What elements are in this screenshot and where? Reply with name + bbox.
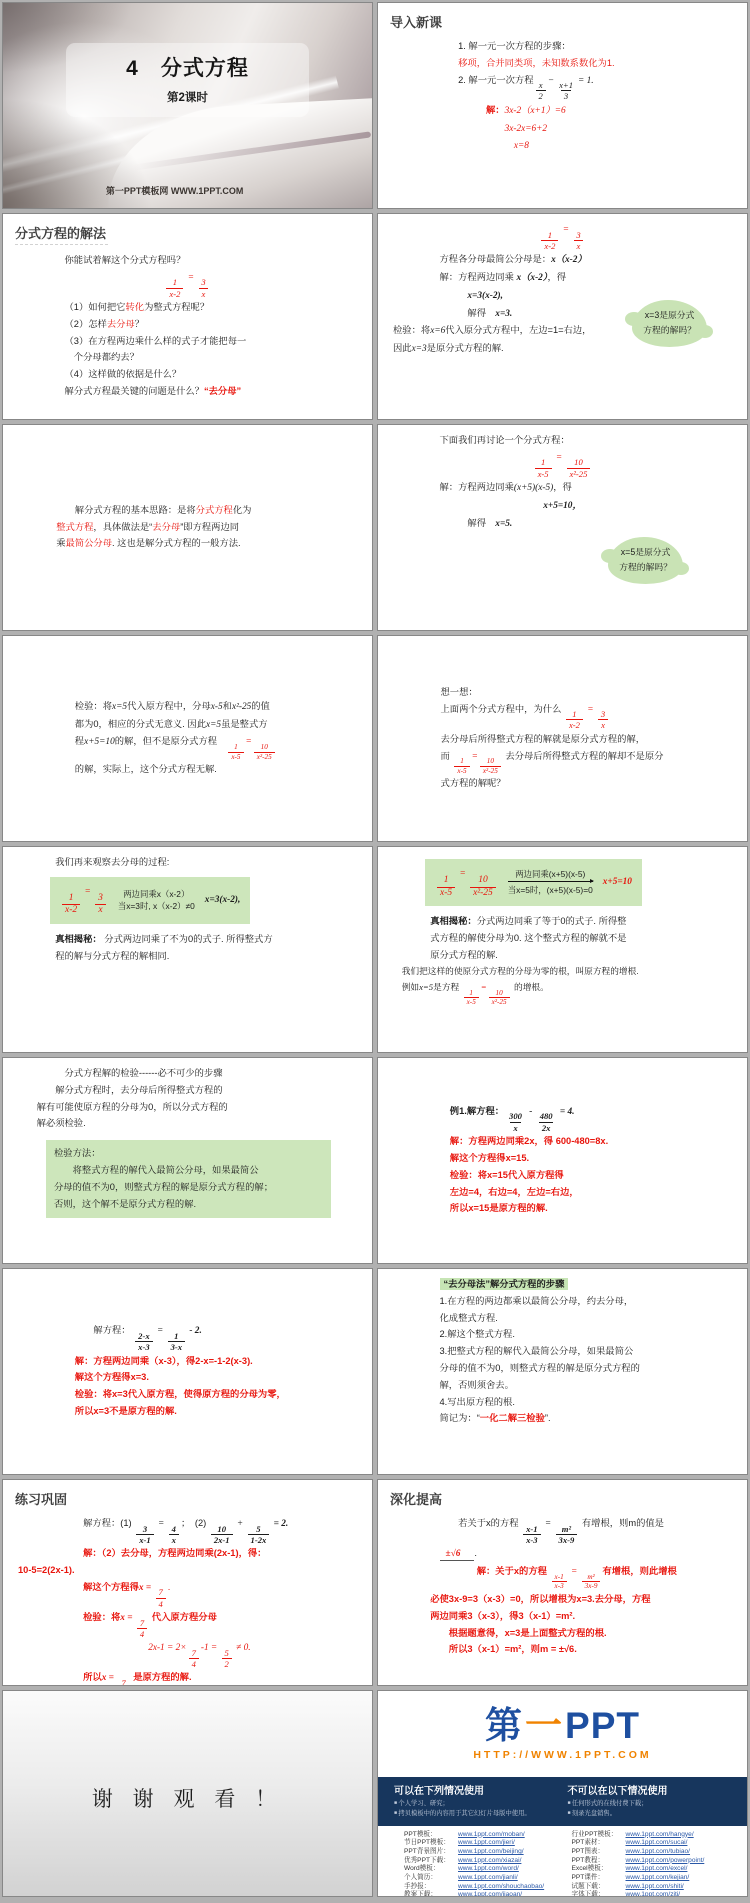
text-line: 解这个方程得x = 74. <box>18 1580 357 1609</box>
text-segment: 乘 <box>56 538 65 548</box>
text-line: 1. 解一元一次方程的步骤： <box>393 39 732 55</box>
link-label: PPT素材： <box>572 1839 626 1848</box>
cover-footer: 第一PPT模板网 WWW.1PPT.COM <box>3 184 346 197</box>
text-segment: 化为 <box>233 505 252 515</box>
text-segment: （2）怎样 <box>65 319 107 329</box>
math-fraction: 1x-5 <box>454 757 469 775</box>
text-line: 解分式方程的基本思路：是将分式方程化为 <box>19 503 356 519</box>
text-segment: x+5=10 <box>603 877 632 887</box>
text-line: 简记为：“一化二解三检验”. <box>393 1411 732 1427</box>
deck-subtitle: 第2课时 <box>66 89 310 105</box>
slide-8-think: 想一想：上面两个分式方程中，为什么 1x-2 = 3x去分母后所得整式方程的解就… <box>377 635 748 842</box>
slide-10-observe-multiply-2: 1x-5 = 10x²-25两边同乘(x+5)(x-5)当x=5时，(x+5)(… <box>377 846 748 1053</box>
text-segment: 解必须检验. <box>37 1118 86 1128</box>
promo-link[interactable]: www.1ppt.com/hangye/ <box>626 1831 694 1838</box>
math-fraction: m²3x-9 <box>556 1524 578 1546</box>
text-segment: = 4. <box>558 1107 575 1117</box>
text-line: 将整式方程的解代入最简公分母，如果最简公 <box>54 1163 323 1179</box>
text-line: 1x-5 = 10x²-25 <box>393 450 732 479</box>
text-segment: 的解，但不是原分式方程 <box>115 736 227 746</box>
text-line: 若关于x的方程 x-1x-3 = m²3x-9 有增根，则m的值是 <box>393 1516 732 1545</box>
text-segment: = <box>246 737 252 747</box>
text-segment: “去分母法”解分式方程的步骤 <box>440 1278 569 1290</box>
text-block: 下面我们再讨论一个分式方程：1x-5 = 10x²-25解：方程两边同乘(x+5… <box>393 433 732 532</box>
text-line: 检验：将x=15代入原方程得 <box>394 1168 731 1184</box>
text-segment: 解有可能使原方程的分母为0，所以分式方程的 <box>37 1102 228 1112</box>
text-segment: = <box>585 705 596 715</box>
text-line: 你能试着解这个分式方程吗？ <box>18 253 357 269</box>
text-segment: 所以x=3不是原方程的解. <box>75 1406 177 1416</box>
text-line: 所以x = 74 是原方程的解. <box>18 1670 357 1686</box>
text-segment: x（x-2） <box>551 255 587 265</box>
text-segment: - 2. <box>187 1326 202 1336</box>
text-segment: 上面两个分式方程中，为什么 <box>441 704 564 714</box>
promo-link[interactable]: www.1ppt.com/powerpoint/ <box>626 1857 705 1864</box>
link-label: 教案下载： <box>404 1891 458 1897</box>
text-segment: 例如 <box>402 982 419 992</box>
promo-link-row: PPT素材：www.1ppt.com/sucai/ <box>572 1839 740 1848</box>
text-line: “去分母法”解分式方程的步骤 <box>393 1277 732 1293</box>
slide-1-cover: 4 分式方程 第2课时 第一PPT模板网 WWW.1PPT.COM <box>2 2 373 209</box>
link-label: 行业PPT模板： <box>572 1831 626 1840</box>
promo-link[interactable]: www.1ppt.com/shiti/ <box>626 1883 684 1890</box>
text-segment: 所以 <box>83 1672 102 1682</box>
math-fraction: 3x <box>573 230 583 252</box>
text-segment: ； (2) <box>181 1518 209 1528</box>
text-line: （2）怎样去分母？ <box>18 317 357 333</box>
text-line: 解：（2）去分母，方程两边同乘(2x-1)，得： <box>18 1546 357 1562</box>
promo-link[interactable]: www.1ppt.com/jiaoan/ <box>458 1891 522 1897</box>
result-equation: x+5=10 <box>603 874 632 891</box>
text-segment: 解得 <box>467 308 495 318</box>
slide-title: 深化提高 <box>378 1480 747 1508</box>
text-line: 解方程： 2-xx-3 = 13-x - 2. <box>19 1323 356 1352</box>
text-line: 左边=4，右边=4，左边=右边， <box>394 1185 731 1201</box>
slide-11-check-step: 分式方程解的检验------必不可少的步骤 解分式方程时，去分母后所得整式方程的… <box>2 1057 373 1264</box>
text-segment: 分式两边同乘了不为0的式子. 所得整式方 <box>102 934 273 944</box>
math-fraction: 3x-1 <box>136 1524 153 1546</box>
text-segment: 解：方程两边同乘 <box>440 272 517 282</box>
math-fraction: 1x-5 <box>464 989 479 1007</box>
text-line: 解必须检验. <box>18 1116 357 1132</box>
condition-label: 当x=5时，(x+5)(x-5)=0 <box>508 884 593 897</box>
text-segment: 式方程的解呢？ <box>441 778 506 788</box>
link-label: Excel模板： <box>572 1865 626 1874</box>
math-fraction: 74 <box>118 1678 128 1686</box>
text-segment: （1）如何把它 <box>65 302 126 312</box>
text-line: 程的解与分式方程的解相同. <box>18 949 357 965</box>
text-line: 移项，合并同类项，未知数系数化为1. <box>393 56 732 72</box>
text-segment: x=5 <box>112 702 127 712</box>
math-fraction: 1x-5 <box>437 875 455 899</box>
math-fraction: 74 <box>137 1618 147 1640</box>
text-segment: 化成整式方程. <box>440 1313 498 1323</box>
link-label: PPT教程： <box>572 1857 626 1866</box>
slide-4-example-solve: x=3是原分式方程的解吗？1x-2 = 3x方程各分母最简公分母是：x（x-2）… <box>377 213 748 420</box>
link-label: PPT课件： <box>572 1874 626 1883</box>
text-line: 解：3x-2（x+1）=6 <box>393 103 732 120</box>
text-block: “去分母法”解分式方程的步骤1.在方程的两边都乘以最简公分母，约去分母，化成整式… <box>393 1277 732 1427</box>
text-segment: 虽是整式方 <box>221 719 268 729</box>
text-line: 想一想： <box>394 685 731 701</box>
text-line: 解，否则须舍去。 <box>393 1378 732 1394</box>
text-segment: 所以3（x-1）=m²，则m = ±√6. <box>449 1644 577 1654</box>
promo-links: PPT模板：www.1ppt.com/moban/节日PPT模板：www.1pp… <box>378 1826 747 1898</box>
link-label: PPT图表： <box>572 1848 626 1857</box>
cloud-text-line: 方程的解吗？ <box>619 560 672 575</box>
text-line: x+5=10， <box>393 498 732 515</box>
text-segment: 整式方程 <box>56 522 93 532</box>
text-segment: 解：（2）去分母，方程两边同乘(2x-1)，得： <box>83 1548 266 1558</box>
text-line: 方程各分母最简公分母是：x（x-2） <box>393 252 732 269</box>
text-segment: 解：方程两边同乘2x，得 600-480=8x. <box>450 1136 608 1146</box>
promo-link[interactable]: www.1ppt.com/beijing/ <box>458 1848 524 1855</box>
text-line: 而 1x-5=10x²-25 去分母后所得整式方程的解却不是原分 <box>394 749 731 776</box>
promo-site-url[interactable]: HTTP://WWW.1PPT.COM <box>473 1749 651 1761</box>
text-segment: = <box>554 453 565 463</box>
promo-link[interactable]: www.1ppt.com/shouchaobao/ <box>458 1883 544 1890</box>
slide-content: 分式方程解的检验------必不可少的步骤 解分式方程时，去分母后所得整式方程的… <box>3 1058 372 1224</box>
text-line: 例1.解方程：300x - 4802x = 4. <box>394 1104 731 1133</box>
text-segment: x²-25 <box>232 702 251 712</box>
text-segment: − <box>548 76 554 86</box>
text-segment: 简记为：“ <box>440 1413 480 1423</box>
slide-7-check-no-solution: 检验：将x=5代入原方程中，分母x-5和x²-25的值都为0，相应的分式无意义.… <box>2 635 373 842</box>
usage-item: 刻录光盘销售。 <box>568 1809 732 1819</box>
text-segment: 的增根。 <box>512 982 549 992</box>
text-segment: 一化二解三检验 <box>480 1413 545 1423</box>
text-segment: 程 <box>75 736 84 746</box>
text-segment: x = <box>102 1673 117 1683</box>
promo-logo-area: 第一PPT HTTP://WWW.1PPT.COM <box>378 1691 747 1777</box>
text-line: 检验：将x=5代入原方程中，分母x-5和x²-25的值 <box>19 699 356 716</box>
text-line: 例如x=5是方程 1x-5=10x²-25 的增根。 <box>393 980 732 1007</box>
text-segment: 分式方程 <box>196 505 233 515</box>
text-segment: x=8 <box>514 141 529 151</box>
text-segment: x = <box>120 1613 135 1623</box>
text-segment: = 2. <box>271 1519 288 1529</box>
text-line: 2. 解一元一次方程x2−x+13= 1. <box>393 73 732 102</box>
text-line: 解：方程两边同乘(x+5)(x-5)，得 <box>393 480 732 497</box>
text-segment: 原分式方程的解. <box>430 950 498 960</box>
math-fraction: 1x-2 <box>566 709 583 731</box>
text-segment: 我们把这样的使原分式方程的分母为零的根，叫原方程的增根. <box>402 966 639 976</box>
text-segment: 你能试着解这个分式方程吗？ <box>65 255 186 265</box>
thanks-text: 谢 谢 观 看 ！ <box>3 1783 372 1813</box>
slide-content: 解分式方程的基本思路：是将分式方程化为整式方程，具体做法是“去分母”即方程两边同… <box>3 425 372 630</box>
source-equation: 1x-2 = 3x <box>60 884 108 917</box>
text-segment: = <box>543 1519 554 1529</box>
text-segment: 想一想： <box>441 687 478 697</box>
text-segment: 检验：将 <box>393 325 430 335</box>
math-fraction: 3x <box>95 893 106 917</box>
first-ppt-logo: 第一PPT <box>485 1707 640 1744</box>
promo-link[interactable]: www.1ppt.com/word/ <box>458 1865 519 1872</box>
slides-grid: 4 分式方程 第2课时 第一PPT模板网 WWW.1PPT.COM 导入新课1.… <box>0 0 750 1899</box>
text-segment: 2.解这个整式方程. <box>440 1329 515 1339</box>
link-label: PPT背景图片： <box>404 1848 458 1857</box>
slide-content: 检验：将x=5代入原方程中，分母x-5和x²-25的值都为0，相应的分式无意义.… <box>3 636 372 841</box>
text-line: （1）如何把它转化为整式方程呢？ <box>18 300 357 316</box>
text-segment: 方程各分母最简公分母是： <box>440 254 552 264</box>
text-segment: x=3 <box>412 344 427 354</box>
text-segment: （3）在方程两边乘什么样的式子才能把每一 <box>65 336 247 346</box>
promo-link-row: PPT模板：www.1ppt.com/moban/ <box>404 1831 572 1840</box>
text-segment: 解得 <box>467 518 495 528</box>
text-line: 去分母后所得整式方程的解就是原分式方程的解， <box>394 732 731 748</box>
transform-diagram: 1x-5 = 10x²-25两边同乘(x+5)(x-5)当x=5时，(x+5)(… <box>425 859 642 906</box>
text-line: 解这个方程得x=3. <box>19 1370 356 1386</box>
math-fraction: 10x²-25 <box>489 989 510 1007</box>
text-line: 10-5=2(2x-1). <box>18 1563 357 1579</box>
promo-link[interactable]: www.1ppt.com/xiazai/ <box>458 1857 521 1864</box>
text-segment: x=3(x-2), <box>467 291 503 301</box>
text-segment: 转化 <box>125 302 144 312</box>
promo-link[interactable]: www.1ppt.com/ziti/ <box>626 1891 681 1897</box>
text-segment: ”即方程两边同 <box>180 522 239 532</box>
text-line: 的解，实际上，这个分式方程无解. <box>19 762 356 778</box>
text-segment: 有增根，则m的值是 <box>579 1518 664 1528</box>
text-line: 解：关于x的方程 x-1x-3 = m²3x-9有增根，则此增根 <box>393 1564 732 1591</box>
text-line: 解分式方程时，去分母后所得整式方程的 <box>18 1083 357 1099</box>
text-segment: ？ <box>135 319 144 329</box>
math-fraction: 52 <box>222 1648 232 1670</box>
text-line: 程x+5=10的解，但不是原分式方程 1x-5=10x²-25 <box>19 734 356 761</box>
slide-9-observe-multiply: 我们再来观察去分母的过程:1x-2 = 3x两边同乘x（x-2）当x=3时, x… <box>2 846 373 1053</box>
text-segment: 个分母都约去？ <box>74 352 139 362</box>
text-line: 我们再来观察去分母的过程: <box>18 855 357 871</box>
thought-cloud: x=5是原分式方程的解吗？ <box>608 537 683 584</box>
text-line: 1.在方程的两边都乘以最简公分母，约去分母， <box>393 1294 732 1310</box>
text-segment: 的解，实际上，这个分式方程无解. <box>75 764 217 774</box>
text-segment: 代入原方程中，分母 <box>127 701 211 711</box>
text-line: 检验：将x=3代入原方程，使得原方程的分母为零， <box>19 1387 356 1403</box>
slide-content: 你能试着解这个分式方程吗？1x-2 = 3x（1）如何把它转化为整式方程呢？（2… <box>3 245 372 408</box>
transform-steps: 两边同乘(x+5)(x-5)当x=5时，(x+5)(x-5)=0 <box>508 868 593 897</box>
text-line: 1x-2 = 3x <box>18 270 357 299</box>
text-line: 2.解这个整式方程. <box>393 1327 732 1343</box>
text-segment: “去分母” <box>204 386 241 396</box>
text-line: 整式方程，具体做法是“去分母”即方程两边同 <box>19 520 356 536</box>
text-segment: = <box>82 887 93 897</box>
text-segment: x+5=10 <box>84 737 115 747</box>
usage-item: 任何形式的在线付费下载； <box>568 1799 732 1809</box>
text-line: 下面我们再讨论一个分式方程： <box>393 433 732 449</box>
text-segment: 左边=4，右边=4，左边=右边， <box>450 1187 579 1197</box>
text-segment: x（x-2） <box>516 273 547 283</box>
math-fraction: 2-xx-3 <box>135 1331 152 1353</box>
text-segment: 最简公分母 <box>66 538 113 548</box>
slide-17-thanks: 谢 谢 观 看 ！ <box>2 1690 373 1897</box>
logo-dash: 一 <box>525 1705 563 1746</box>
text-segment: - <box>527 1107 535 1117</box>
link-label: 字体下载： <box>572 1891 626 1897</box>
text-segment: 解：方程两边同乘（x-3），得2-x=-1-2(x-3). <box>75 1356 253 1366</box>
text-segment: 4.写出原方程的根. <box>440 1397 515 1407</box>
promo-link-row: Excel模板：www.1ppt.com/excel/ <box>572 1865 740 1874</box>
text-line: 都为0，相应的分式无意义. 因此x=5虽是整式方 <box>19 717 356 734</box>
text-segment: 3x-2x=6+2 <box>505 124 548 134</box>
text-block: 若关于x的方程 x-1x-3 = m²3x-9 有增根，则m的值是±√6.解：关… <box>393 1516 732 1658</box>
math-fraction: 300x <box>506 1111 525 1133</box>
text-segment: 检验：将 <box>75 701 112 711</box>
math-fraction: x-1x-3 <box>552 1573 567 1591</box>
text-segment: 分式方程解的检验------必不可少的步骤 <box>65 1068 223 1078</box>
text-line: 根据题意得，x=3是上面整式方程的根. <box>393 1626 732 1642</box>
math-fraction: 10x²-25 <box>470 875 496 899</box>
text-segment: x=5 <box>206 720 221 730</box>
text-line: 分母的值不为0，则整式方程的解是原分式方程的 <box>393 1361 732 1377</box>
text-line: 化成整式方程. <box>393 1311 732 1327</box>
promo-link[interactable]: www.1ppt.com/jieri/ <box>458 1839 515 1846</box>
source-equation: 1x-5 = 10x²-25 <box>435 866 498 899</box>
promo-link[interactable]: www.1ppt.com/sucai/ <box>626 1839 688 1846</box>
text-line: 解分式方程最关键的问题是什么？“去分母” <box>18 384 357 400</box>
math-fraction: 4802x <box>537 1111 556 1133</box>
text-segment: 分式两边同乘了等于0的式子. 所得整 <box>477 916 627 926</box>
text-line: 2x-1 = 2×74-1 = 52 ≠ 0. <box>18 1640 357 1669</box>
text-segment: 是方程 <box>433 982 461 992</box>
text-line: （3）在方程两边乘什么样的式子才能把每一 <box>18 334 357 350</box>
promo-link[interactable]: www.1ppt.com/moban/ <box>458 1831 525 1838</box>
text-line: 分母的值不为0，则整式方程的解是原分式方程的解； <box>54 1180 323 1196</box>
text-segment: 检验：将 <box>83 1612 120 1622</box>
text-segment: x=5. <box>495 519 512 529</box>
multiply-both-sides-label: 两边同乘(x+5)(x-5) <box>508 868 593 881</box>
text-segment: = <box>155 1326 166 1336</box>
text-segment: 去分母后所得整式方程的解就是原分式方程的解， <box>441 734 646 744</box>
promo-link-row: PPT课件：www.1ppt.com/kejian/ <box>572 1874 740 1883</box>
usage-item: 个人学习、研究； <box>394 1799 558 1809</box>
math-fraction: 1x-5 <box>535 457 552 479</box>
math-fraction: 10x²-25 <box>254 743 275 761</box>
slide-15-practice: 练习巩固解方程：(1) 3x-1 = 4x； (2) 102x-1 + 51-2… <box>2 1479 373 1686</box>
multiply-both-sides-label: 两边同乘x（x-2） <box>118 888 195 901</box>
text-segment: 2x-1 = 2× <box>148 1643 186 1653</box>
text-block: 想一想：上面两个分式方程中，为什么 1x-2 = 3x去分母后所得整式方程的解就… <box>394 684 731 794</box>
slide-14-steps-summary: “去分母法”解分式方程的步骤1.在方程的两边都乘以最简公分母，约去分母，化成整式… <box>377 1268 748 1475</box>
text-segment: 和 <box>223 701 232 711</box>
text-line: ±√6. <box>393 1546 732 1563</box>
promo-link[interactable]: www.1ppt.com/kejian/ <box>626 1874 690 1881</box>
allowed-column: 可以在下列情况使用 个人学习、研究；拷贝模板中的内容用于其它幻灯片母版中使用。 <box>394 1782 558 1819</box>
text-segment: ，得 <box>553 482 572 492</box>
text-segment: 代入原分式方程中，左边=1=右边， <box>445 325 591 335</box>
text-segment: 若关于x的方程 <box>458 1518 521 1528</box>
slide-content: 1. 解一元一次方程的步骤：移项，合并同类项，未知数系数化为1.2. 解一元一次… <box>378 31 747 163</box>
promo-link[interactable]: www.1ppt.com/tubiao/ <box>626 1848 691 1855</box>
text-line: 我们把这样的使原分式方程的分母为零的根，叫原方程的增根. <box>393 964 732 979</box>
condition-label: 当x=3时, x（x-2）≠0 <box>118 900 195 913</box>
text-segment: 分母的值不为0，则整式方程的解是原分式方程的解； <box>54 1182 273 1192</box>
text-segment: = <box>185 273 196 283</box>
text-line: 式方程的解呢？ <box>394 776 731 792</box>
cloud-text-line: 方程的解吗？ <box>643 323 696 338</box>
promo-link-row: Word模板：www.1ppt.com/word/ <box>404 1865 572 1874</box>
slide-5-basic-idea: 解分式方程的基本思路：是将分式方程化为整式方程，具体做法是“去分母”即方程两边同… <box>2 424 373 631</box>
text-segment: 有增根，则此增根 <box>602 1566 676 1576</box>
text-segment: 两边同乘3（x-3），得3（x-1）=m². <box>430 1611 575 1621</box>
text-segment: = <box>560 225 571 235</box>
text-segment: 解这个方程得 <box>83 1582 139 1592</box>
slide-title: 练习巩固 <box>3 1480 372 1508</box>
text-segment: 是原分式方程的解. <box>427 343 504 353</box>
text-block: 检验：将x=5代入原方程中，分母x-5和x²-25的值都为0，相应的分式无意义.… <box>19 698 356 779</box>
text-line: 个分母都约去？ <box>18 350 357 366</box>
text-segment: = <box>481 982 487 992</box>
text-segment: 解：方程两边同乘 <box>440 482 514 492</box>
text-segment: . <box>474 1548 477 1558</box>
math-fraction: 1x-2 <box>62 893 80 917</box>
text-segment: 例1.解方程： <box>450 1106 504 1116</box>
text-segment: x=3(x-2), <box>205 895 241 905</box>
text-block: 解分式方程的基本思路：是将分式方程化为整式方程，具体做法是“去分母”即方程两边同… <box>19 502 356 553</box>
text-line: 解得 x=5. <box>393 516 732 533</box>
text-segment: x=6 <box>430 326 445 336</box>
math-fraction: x-1x-3 <box>523 1524 540 1546</box>
text-block: 解方程： 2-xx-3 = 13-x - 2.解：方程两边同乘（x-3），得2-… <box>19 1322 356 1420</box>
allowed-items: 个人学习、研究；拷贝模板中的内容用于其它幻灯片母版中使用。 <box>394 1799 558 1819</box>
text-block: 解方程：(1) 3x-1 = 4x； (2) 102x-1 + 51-2x = … <box>18 1516 357 1686</box>
text-segment: 是原方程的解. <box>131 1672 192 1682</box>
transform-steps: 两边同乘x（x-2）当x=3时, x（x-2）≠0 <box>118 888 195 913</box>
math-fraction: 1x-2 <box>541 230 558 252</box>
text-segment: x+5=10， <box>543 501 582 511</box>
logo-text-di: 第 <box>485 1705 523 1746</box>
link-label: PPT模板： <box>404 1831 458 1840</box>
promo-link-row: PPT背景图片：www.1ppt.com/beijing/ <box>404 1848 572 1857</box>
text-line: 式方程的解使分母为0. 这个整式方程的解就不是 <box>393 931 732 947</box>
text-segment: 程的解与分式方程的解相同. <box>55 951 169 961</box>
text-block: 你能试着解这个分式方程吗？1x-2 = 3x（1）如何把它转化为整式方程呢？（2… <box>18 253 357 400</box>
text-segment: -1 = <box>201 1643 220 1653</box>
promo-link[interactable]: www.1ppt.com/jianli/ <box>458 1874 518 1881</box>
text-segment: = 1. <box>578 76 594 86</box>
text-segment: 否则，这个解不是原分式方程的解. <box>54 1199 196 1209</box>
text-segment: 解：关于x的方程 <box>477 1566 550 1576</box>
math-fraction: 102x-1 <box>211 1524 233 1546</box>
text-line: 必使3x-9=3（x-3）=0，所以增根为x=3.去分母，方程 <box>393 1592 732 1608</box>
slide-content: 解方程：(1) 3x-1 = 4x； (2) 102x-1 + 51-2x = … <box>3 1508 372 1686</box>
math-fraction: m²3x-9 <box>582 1573 601 1591</box>
slide-2-lead-in: 导入新课1. 解一元一次方程的步骤：移项，合并同类项，未知数系数化为1.2. 解… <box>377 2 748 209</box>
thought-cloud: x=3是原分式方程的解吗？ <box>632 300 707 347</box>
text-line: 分式方程解的检验------必不可少的步骤 <box>18 1066 357 1082</box>
text-segment: 解方程：(1) <box>83 1518 134 1528</box>
link-label: 节日PPT模板： <box>404 1839 458 1848</box>
slide-content: 解方程： 2-xx-3 = 13-x - 2.解：方程两边同乘（x-3），得2-… <box>3 1269 372 1474</box>
answer-blank: ±√6 <box>440 1549 475 1561</box>
text-segment: x=3. <box>495 309 512 319</box>
math-fraction: x+13 <box>556 80 576 102</box>
text-block: 分式方程解的检验------必不可少的步骤 解分式方程时，去分母后所得整式方程的… <box>18 1066 357 1132</box>
text-line: 上面两个分式方程中，为什么 1x-2 = 3x <box>394 702 731 731</box>
text-segment: 代入原方程分母 <box>149 1612 217 1622</box>
math-fraction: 4x <box>169 1524 179 1546</box>
text-segment: 3.把整式方程的解代入最简公分母，如果最简公 <box>440 1346 634 1356</box>
text-segment: = <box>569 1567 580 1577</box>
link-label: Word模板： <box>404 1865 458 1874</box>
text-segment: 将整式方程的解代入最简公分母，如果最简公 <box>54 1165 259 1175</box>
text-segment: 1. 解一元一次方程的步骤： <box>458 41 571 51</box>
promo-link[interactable]: www.1ppt.com/excel/ <box>626 1865 688 1872</box>
link-label: 个人简历： <box>404 1874 458 1883</box>
cloud-text-line: x=5是原分式 <box>619 545 672 560</box>
green-note-box: 检验方法： 将整式方程的解代入最简公分母，如果最简公分母的值不为0，则整式方程的… <box>46 1140 331 1218</box>
text-segment: ”. <box>545 1413 551 1423</box>
slide-title: 分式方程的解法 <box>15 214 108 245</box>
promo-link-row: 优秀PPT下载：www.1ppt.com/xiazai/ <box>404 1857 572 1866</box>
